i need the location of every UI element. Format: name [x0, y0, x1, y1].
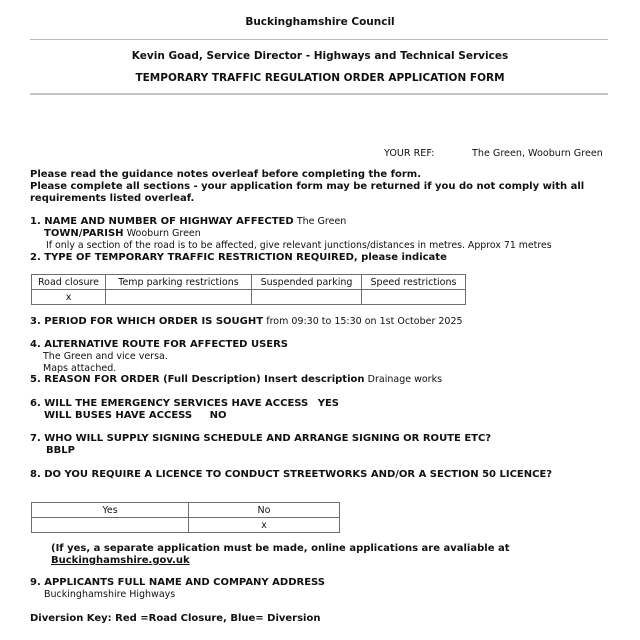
town-parish-value: Wooburn Green — [127, 228, 201, 239]
section-6-buses: WILL BUSES HAVE ACCESS NO — [44, 410, 226, 422]
value-road-closure[interactable]: x — [32, 290, 106, 305]
director-line: Kevin Goad, Service Director - Highways … — [0, 50, 640, 62]
section-5-label: 5. REASON FOR ORDER (Full Description) I… — [30, 374, 364, 385]
value-no[interactable]: x — [189, 518, 340, 533]
applicant-value: Buckinghamshire Highways — [44, 589, 175, 601]
period-value: from 09:30 to 15:30 on 1st October 2025 — [266, 316, 462, 327]
value-suspended-parking[interactable] — [252, 290, 362, 305]
signing-supplier-value: BBLP — [46, 445, 75, 457]
header-divider-bottom — [30, 93, 608, 95]
licence-table: Yes No x — [31, 502, 340, 533]
emergency-access-label: 6. WILL THE EMERGENCY SERVICES HAVE ACCE… — [30, 398, 308, 409]
section-1-note: If only a section of the road is to be a… — [46, 240, 552, 252]
section-1: 1. NAME AND NUMBER OF HIGHWAY AFFECTED T… — [30, 216, 346, 228]
diversion-key: Diversion Key: Red =Road Closure, Blue= … — [30, 613, 320, 625]
value-temp-parking[interactable] — [106, 290, 252, 305]
section-8-label: 8. DO YOU REQUIRE A LICENCE TO CONDUCT S… — [30, 469, 552, 481]
council-website-link[interactable]: Buckinghamshire.gov.uk — [51, 555, 190, 567]
restriction-type-table: Road closure Temp parking restrictions S… — [31, 274, 466, 305]
licence-table-value-row: x — [32, 518, 340, 533]
section-7-label: 7. WHO WILL SUPPLY SIGNING SCHEDULE AND … — [30, 433, 491, 445]
reference-label: YOUR REF: — [384, 148, 434, 160]
instructions-line-2: Please complete all sections - your appl… — [30, 181, 584, 193]
town-parish-label: TOWN/PARISH — [44, 228, 124, 239]
header-temp-parking: Temp parking restrictions — [106, 275, 252, 290]
instructions-line-1: Please read the guidance notes overleaf … — [30, 169, 421, 181]
organization-name: Buckinghamshire Council — [0, 16, 640, 28]
reference-value: The Green, Wooburn Green — [472, 148, 603, 160]
licence-note: (If yes, a separate application must be … — [51, 543, 509, 555]
section-3: 3. PERIOD FOR WHICH ORDER IS SOUGHT from… — [30, 316, 463, 328]
section-5: 5. REASON FOR ORDER (Full Description) I… — [30, 374, 442, 386]
instructions-line-3: requirements listed overleaf. — [30, 193, 194, 205]
licence-table-header-row: Yes No — [32, 503, 340, 518]
header-no: No — [189, 503, 340, 518]
restriction-table-header-row: Road closure Temp parking restrictions S… — [32, 275, 466, 290]
section-2-label: 2. TYPE OF TEMPORARY TRAFFIC RESTRICTION… — [30, 252, 447, 264]
section-3-label: 3. PERIOD FOR WHICH ORDER IS SOUGHT — [30, 316, 263, 327]
alternative-route-line-1: The Green and vice versa. — [43, 351, 168, 363]
highway-name-value: The Green — [297, 216, 346, 227]
emergency-access-value: YES — [318, 398, 339, 409]
reason-value: Drainage works — [368, 374, 442, 385]
section-4-label: 4. ALTERNATIVE ROUTE FOR AFFECTED USERS — [30, 339, 288, 351]
header-suspended-parking: Suspended parking — [252, 275, 362, 290]
restriction-table-value-row: x — [32, 290, 466, 305]
value-speed-restrictions[interactable] — [362, 290, 466, 305]
header-divider-top — [30, 39, 608, 40]
section-9-label: 9. APPLICANTS FULL NAME AND COMPANY ADDR… — [30, 577, 325, 589]
form-title: TEMPORARY TRAFFIC REGULATION ORDER APPLI… — [0, 72, 640, 84]
town-parish-row: TOWN/PARISH Wooburn Green — [44, 228, 201, 240]
header-road-closure: Road closure — [32, 275, 106, 290]
header-speed-restrictions: Speed restrictions — [362, 275, 466, 290]
bus-access-value: NO — [210, 410, 227, 421]
section-6-emergency: 6. WILL THE EMERGENCY SERVICES HAVE ACCE… — [30, 398, 339, 410]
section-1-label: 1. NAME AND NUMBER OF HIGHWAY AFFECTED — [30, 216, 294, 227]
bus-access-label: WILL BUSES HAVE ACCESS — [44, 410, 192, 421]
value-yes[interactable] — [32, 518, 189, 533]
header-yes: Yes — [32, 503, 189, 518]
